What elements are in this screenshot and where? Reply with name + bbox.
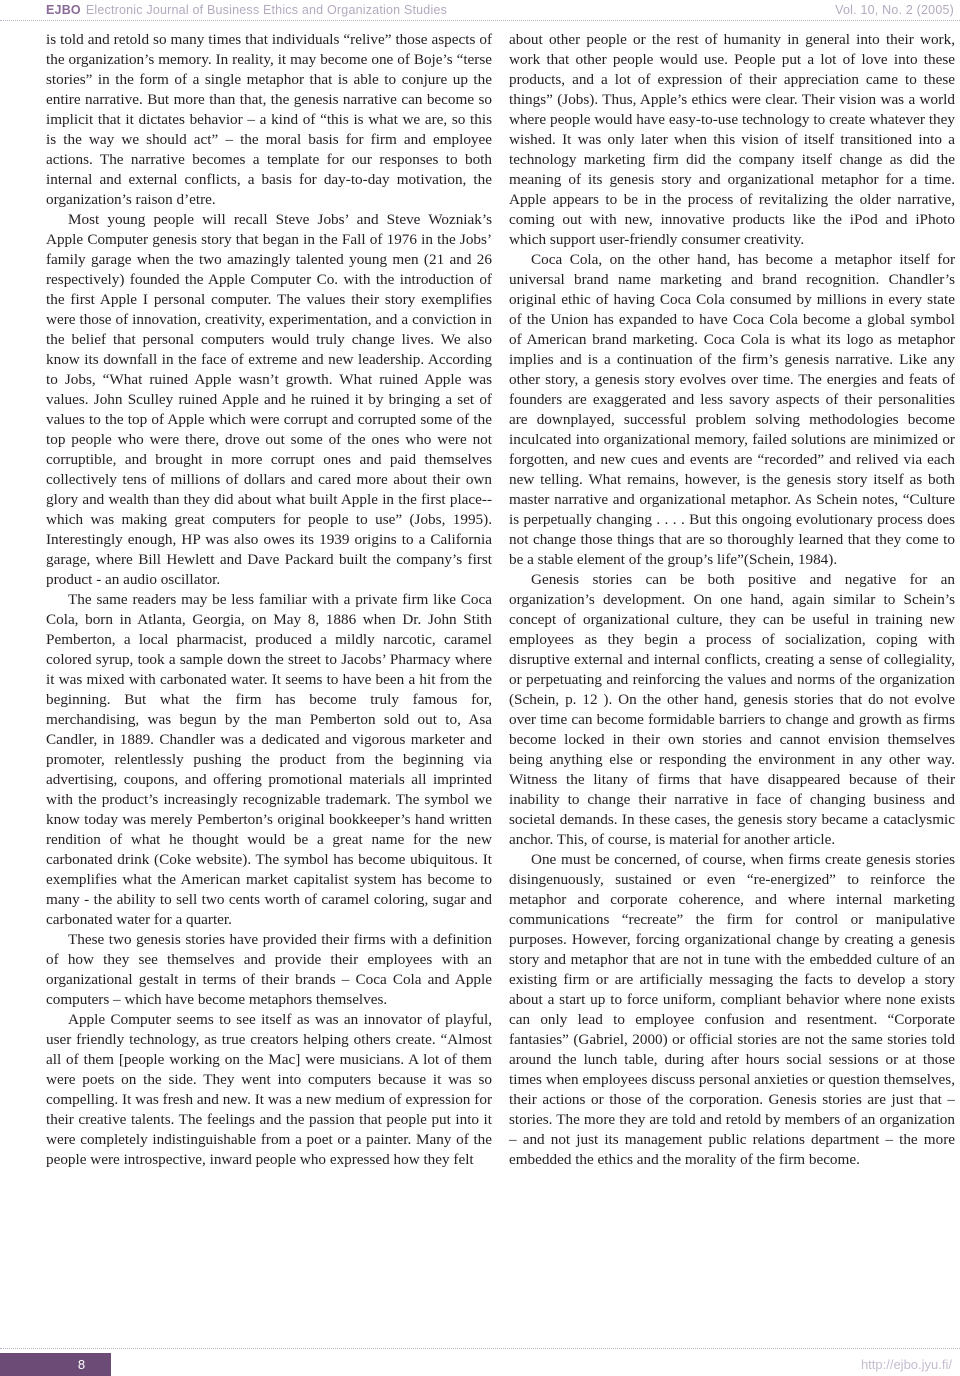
footer-url: http://ejbo.jyu.fi/ xyxy=(861,1357,952,1372)
paragraph: about other people or the rest of humani… xyxy=(509,30,955,250)
article-left-column: is told and retold so many times that in… xyxy=(46,30,492,1340)
journal-title: EJBOElectronic Journal of Business Ethic… xyxy=(46,3,447,17)
paragraph: Genesis stories can be both positive and… xyxy=(509,570,955,850)
paragraph: These two genesis stories have provided … xyxy=(46,930,492,1010)
paragraph: One must be concerned, of course, when f… xyxy=(509,850,955,1170)
paragraph: Most young people will recall Steve Jobs… xyxy=(46,210,492,590)
paragraph: is told and retold so many times that in… xyxy=(46,30,492,210)
footer-divider xyxy=(0,1348,960,1349)
article-body: is told and retold so many times that in… xyxy=(46,30,955,1340)
paragraph: The same readers may be less familiar wi… xyxy=(46,590,492,930)
journal-name: Electronic Journal of Business Ethics an… xyxy=(86,3,447,17)
journal-abbr: EJBO xyxy=(46,3,81,17)
paragraph: Coca Cola, on the other hand, has become… xyxy=(509,250,955,570)
article-right-column: about other people or the rest of humani… xyxy=(509,30,955,1340)
page-number-badge: 8 xyxy=(0,1353,111,1376)
paragraph: Apple Computer seems to see itself as wa… xyxy=(46,1010,492,1170)
journal-page: EJBOElectronic Journal of Business Ethic… xyxy=(0,0,960,1376)
issue-info: Vol. 10, No. 2 (2005) xyxy=(835,3,954,17)
page-header: EJBOElectronic Journal of Business Ethic… xyxy=(0,0,960,21)
